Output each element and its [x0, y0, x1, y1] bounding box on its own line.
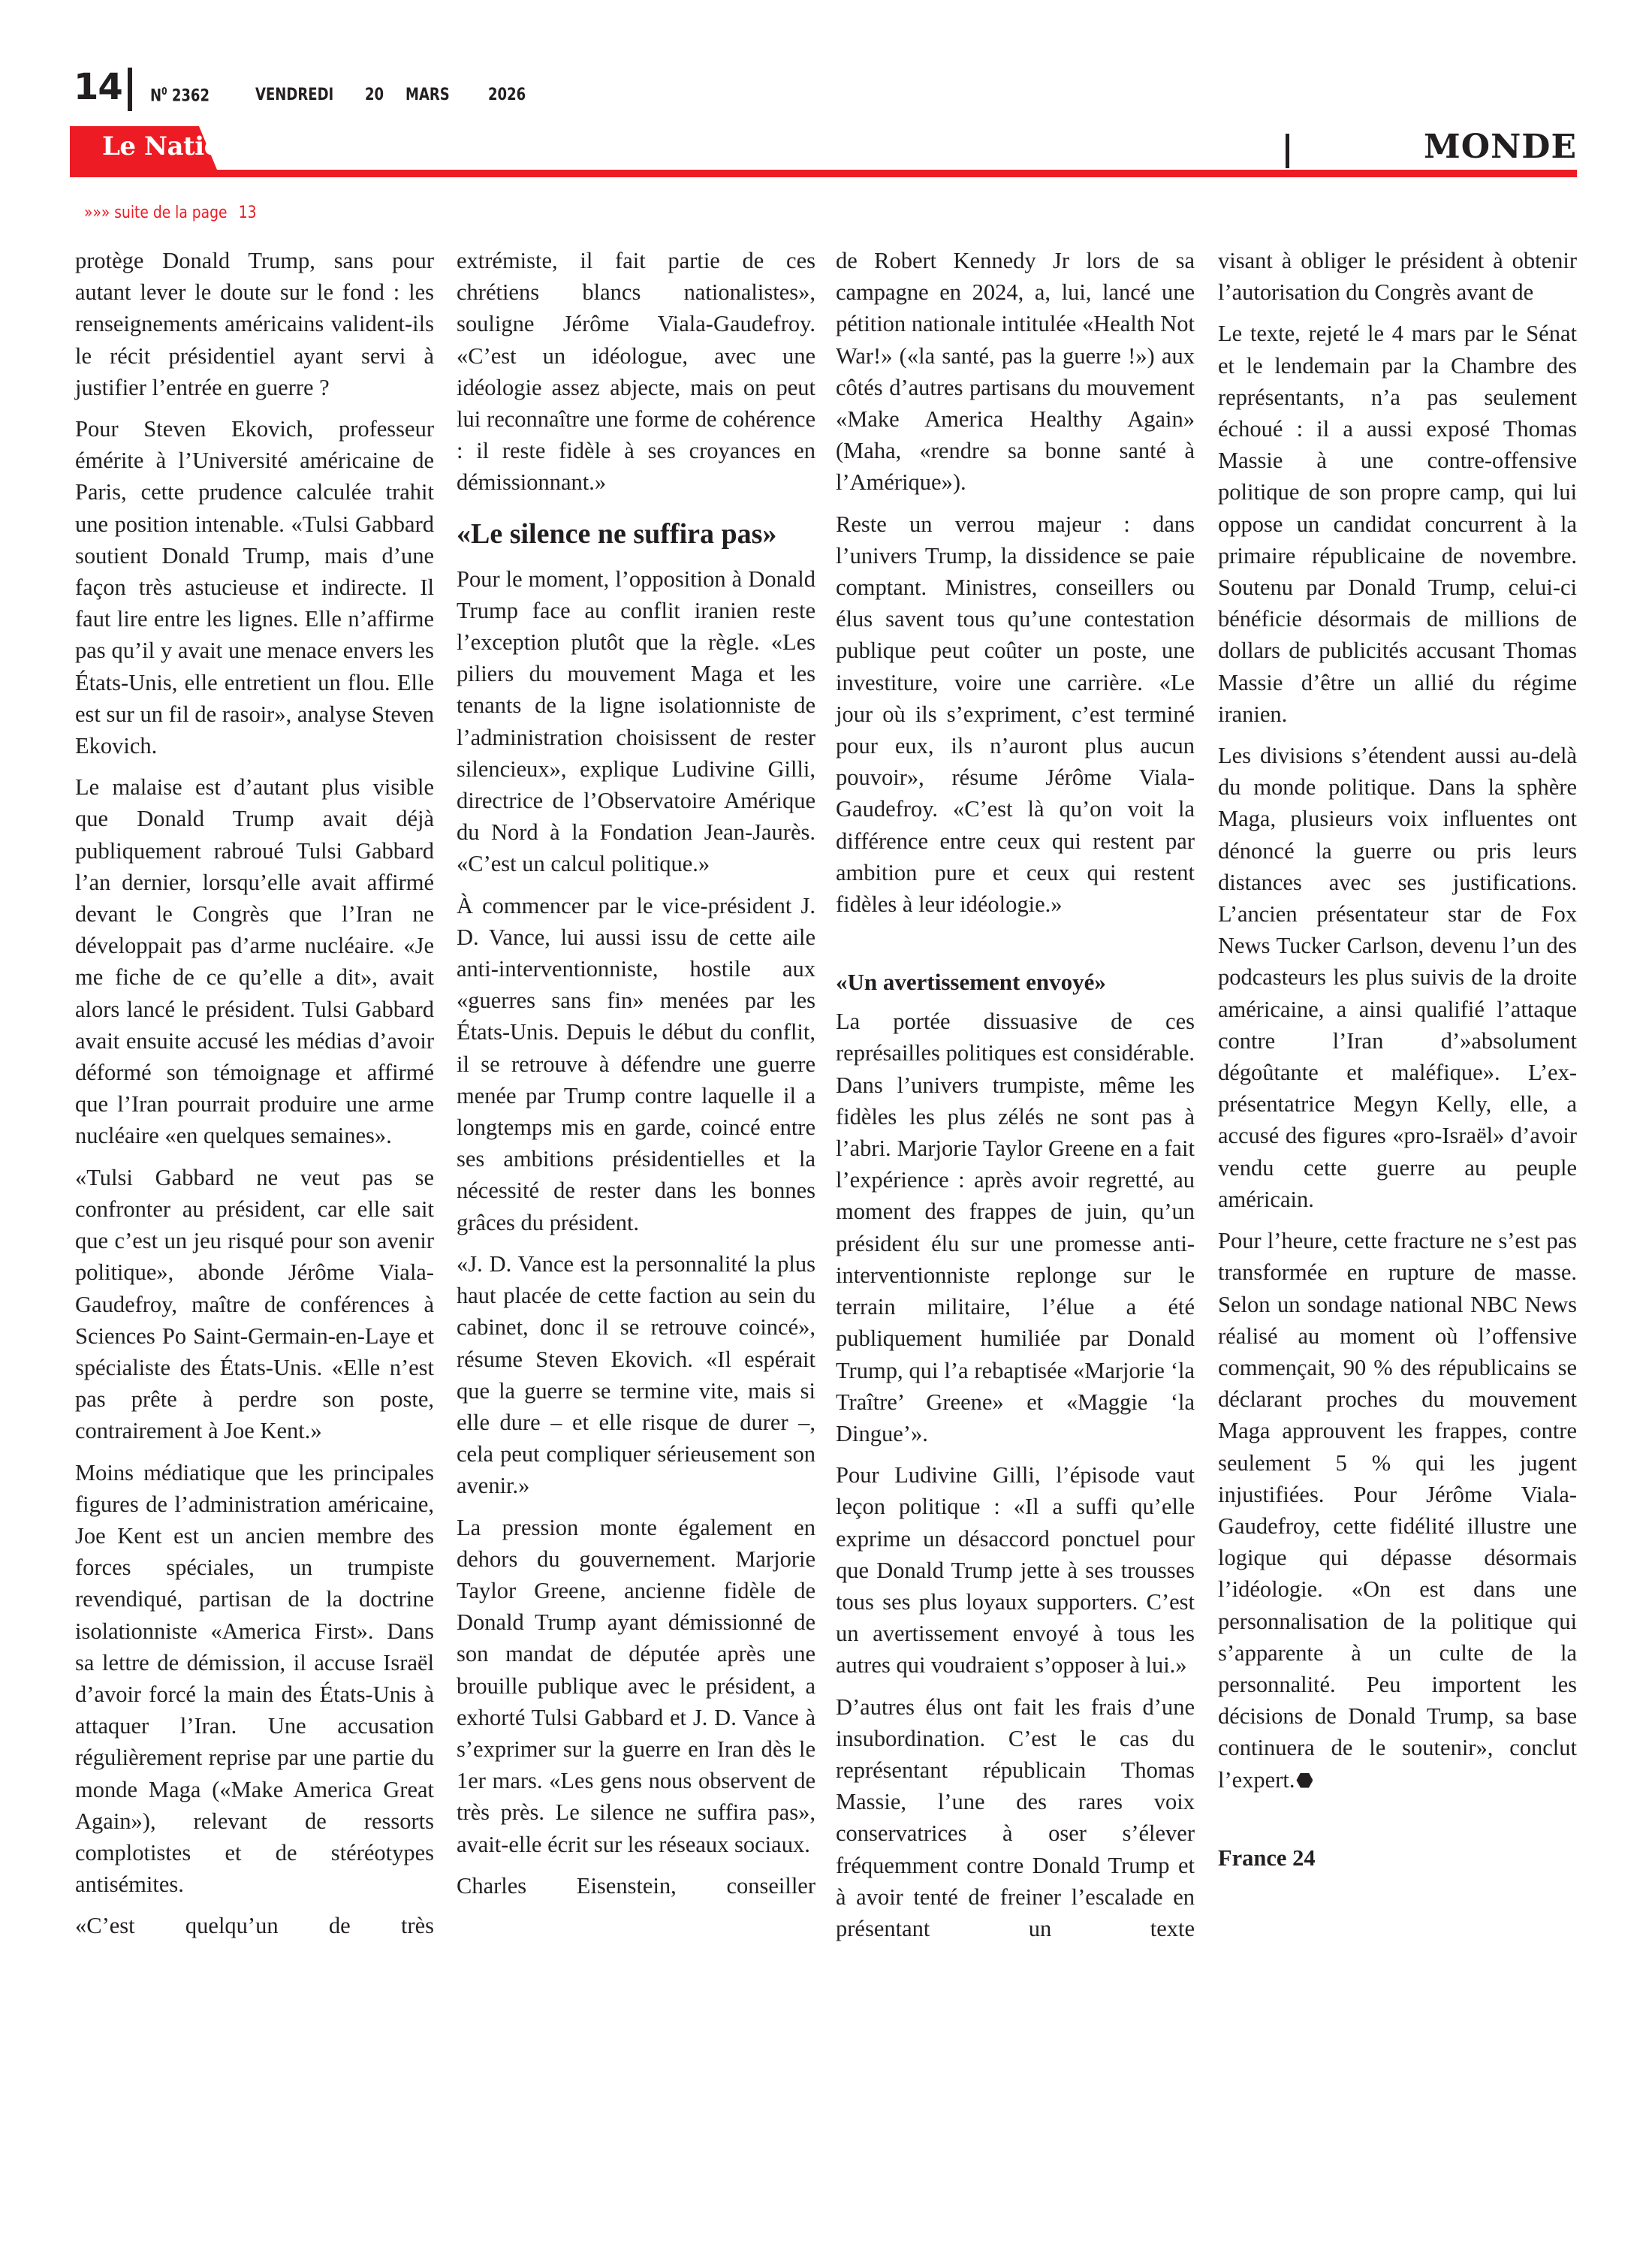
article-credit: France 24 [1218, 1842, 1577, 1874]
paragraph: extrémiste, il fait partie de ces chréti… [457, 245, 815, 499]
subheading: «Un avertissement envoyé» [836, 967, 1195, 998]
year: 2026 [488, 87, 526, 104]
paragraph: de Robert Kennedy Jr lors de sa campagne… [836, 245, 1195, 499]
day: 20 [365, 87, 384, 104]
paragraph: Le malaise est d’autant plus visible que… [75, 771, 434, 1151]
publication-name: Le National [102, 134, 264, 159]
paragraph: Les divisions s’étendent aussi au-delà d… [1218, 740, 1577, 1215]
paragraph: Pour Ludivine Gilli, l’épisode vaut leço… [836, 1459, 1195, 1681]
hexagon-end-mark-icon [1296, 1773, 1313, 1788]
continued-page-number: 13 [239, 204, 257, 222]
header-divider [128, 68, 132, 111]
weekday: VENDREDI [255, 87, 333, 104]
paragraph-text: Pour l’heure, cette fracture ne s’est pa… [1218, 1228, 1577, 1792]
issue-sup: 0 [161, 86, 167, 98]
issue-prefix: N [150, 86, 161, 105]
paragraph: visant à obliger le président à obtenir … [1218, 245, 1577, 308]
continued-from: »»» suite de la page13 [84, 205, 257, 222]
continued-label: »»» suite de la page [84, 204, 227, 222]
paragraph: protège Donald Trump, sans pour autant l… [75, 245, 434, 403]
section-divider [1286, 134, 1289, 168]
paragraph: Reste un verrou majeur : dans l’univers … [836, 508, 1195, 921]
paragraph: «J. D. Vance est la personnalité la plus… [457, 1248, 815, 1502]
paragraph: «C’est quelqu’un de très [75, 1910, 434, 1941]
article-column-4: visant à obliger le président à obtenir … [1218, 245, 1577, 1884]
article-column-1: protège Donald Trump, sans pour autant l… [75, 245, 434, 1952]
article-column-2: extrémiste, il fait partie de ces chréti… [457, 245, 815, 1911]
paragraph: La portée dissuasive de ces représailles… [836, 1006, 1195, 1449]
paragraph: «Tulsi Gabbard ne veut pas se confronter… [75, 1162, 434, 1447]
issue-number-value: 2362 [172, 86, 210, 105]
issue-number: N0 2362 [150, 87, 210, 104]
paragraph: Charles Eisenstein, conseiller [457, 1870, 815, 1902]
paragraph-final: Pour l’heure, cette fracture ne s’est pa… [1218, 1225, 1577, 1796]
article-column-3: de Robert Kennedy Jr lors de sa campagne… [836, 245, 1195, 1954]
paragraph: Pour Steven Ekovich, professeur émérite … [75, 413, 434, 762]
subheading: «Le silence ne suffira pas» [457, 515, 815, 553]
header-red-rule [225, 170, 1577, 177]
month: MARS [405, 87, 450, 104]
paragraph: La pression monte également en dehors du… [457, 1512, 815, 1860]
paragraph: Pour le moment, l’opposition à Donald Tr… [457, 563, 815, 880]
paragraph: Moins médiatique que les principales fig… [75, 1457, 434, 1901]
paragraph: D’autres élus ont fait les frais d’une i… [836, 1691, 1195, 1945]
paragraph: À commencer par le vice-président J. D. … [457, 890, 815, 1238]
paragraph: Le texte, rejeté le 4 mars par le Sénat … [1218, 318, 1577, 730]
section-title: MONDE [1424, 131, 1577, 164]
page-number: 14 [74, 69, 122, 105]
